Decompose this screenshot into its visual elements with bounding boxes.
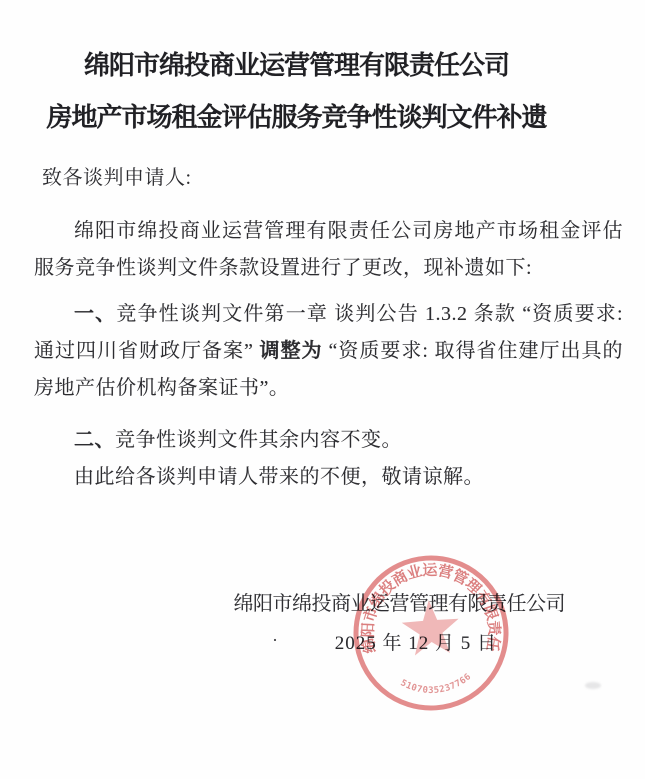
title-line-1: 绵阳市绵投商业运营管理有限责任公司 <box>0 40 619 92</box>
stray-scan-dot: · <box>272 630 278 651</box>
signature-date: 2025 年 12 月 5 日 <box>0 631 645 657</box>
item-1-emphasis: 调整为 <box>253 340 328 362</box>
company-seal-graphic: 绵阳市绵投商业运营管理有限责任公司 5107035237766 <box>346 548 517 719</box>
intro-paragraph: 绵阳市绵投商业运营管理有限责任公司房地产市场租金评估服务竞争性谈判文件条款设置进… <box>0 213 645 287</box>
item-1-paragraph: 一、竞争性谈判文件第一章 谈判公告 1.3.2 条款 “资质要求: 通过四川省财… <box>0 296 645 407</box>
item-2-bullet: 二、 <box>74 429 115 451</box>
document-page: 绵阳市绵投商业运营管理有限责任公司 房地产市场租金评估服务竞争性谈判文件补遗 致… <box>0 0 645 779</box>
scan-smudge <box>585 682 601 689</box>
item-2-text: 竞争性谈判文件其余内容不变。 <box>115 429 402 451</box>
company-seal: 绵阳市绵投商业运营管理有限责任公司 5107035237766 <box>346 548 517 719</box>
closing-paragraph: 由此给各谈判申请人带来的不便，敬请谅解。 <box>0 459 645 496</box>
document-title: 绵阳市绵投商业运营管理有限责任公司 房地产市场租金评估服务竞争性谈判文件补遗 <box>0 40 619 144</box>
title-line-2: 房地产市场租金评估服务竞争性谈判文件补遗 <box>0 92 619 144</box>
item-1-bullet: 一、 <box>74 303 116 325</box>
seal-star-icon <box>400 598 461 656</box>
seal-registration-number: 5107035237766 <box>398 671 475 698</box>
item-2-paragraph: 二、竞争性谈判文件其余内容不变。 <box>0 422 645 459</box>
signature-block: 绵阳市绵投商业运营管理有限责任公司 2025 年 12 月 5 日 <box>0 590 645 657</box>
greeting-line: 致各谈判申请人: <box>0 166 645 190</box>
signature-company: 绵阳市绵投商业运营管理有限责任公司 <box>0 590 645 618</box>
